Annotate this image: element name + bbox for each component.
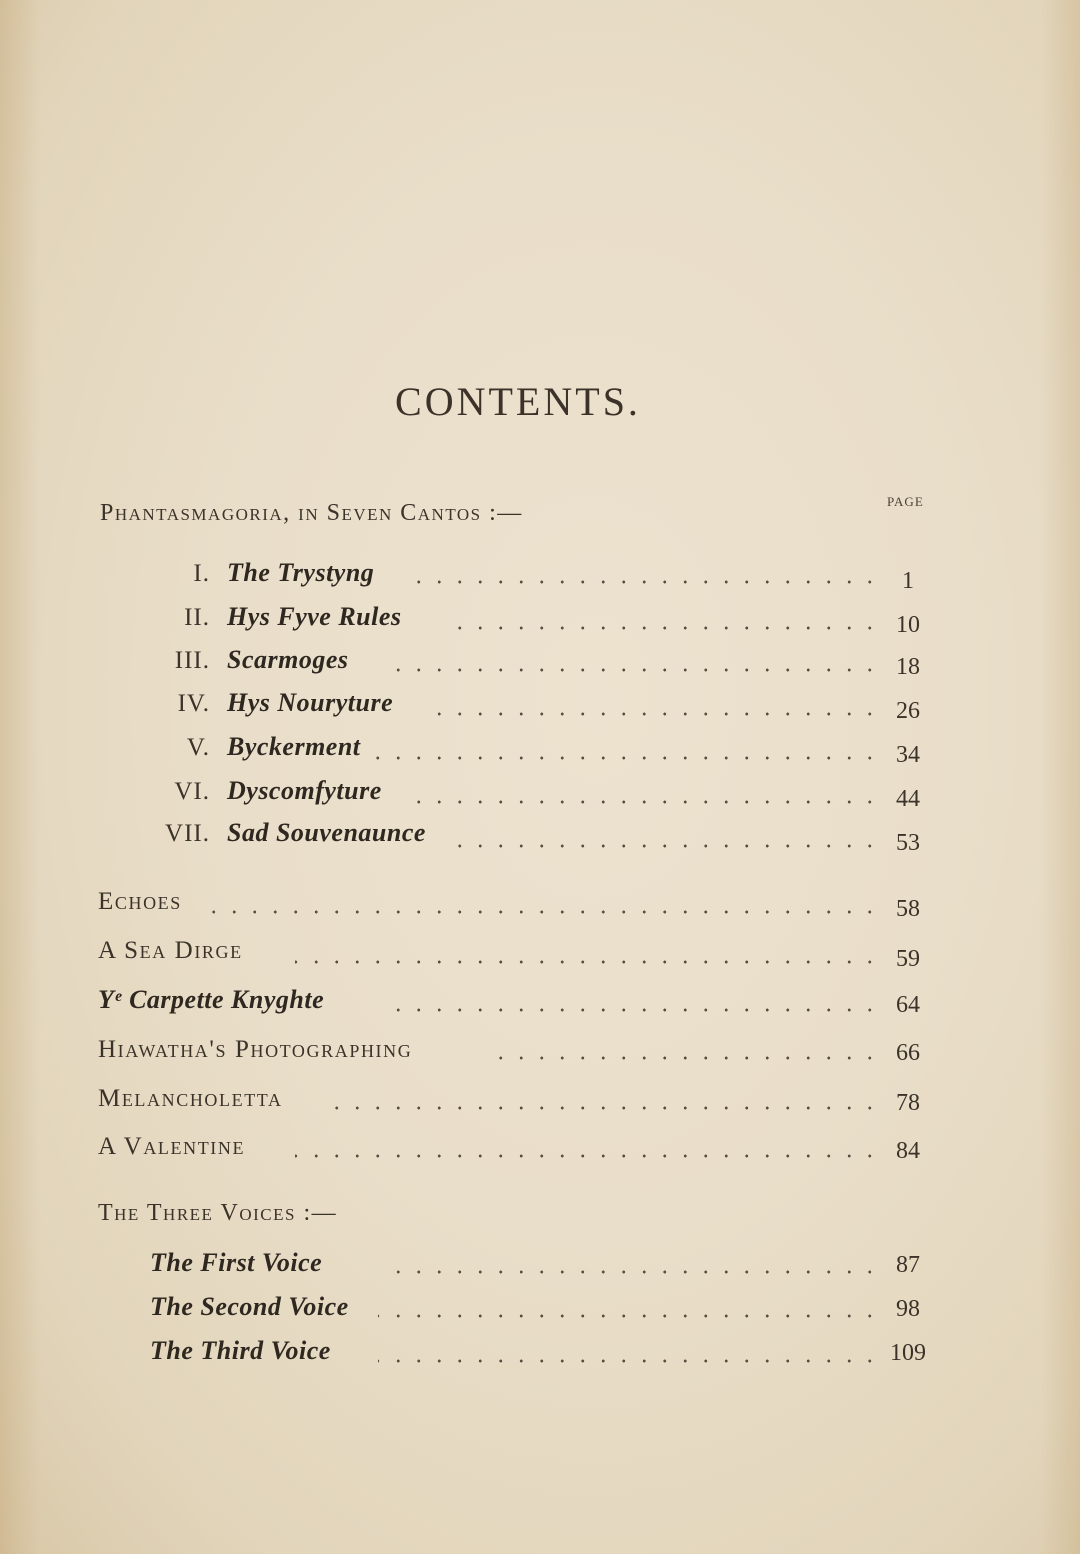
- canto-numeral: VII.: [140, 820, 210, 848]
- dot-leader: [378, 1314, 880, 1318]
- canto-numeral: III.: [140, 647, 210, 675]
- dot-leader: [295, 960, 880, 964]
- dot-leader: [380, 1008, 880, 1012]
- dot-leader: [295, 1154, 880, 1158]
- canto-numeral: V.: [140, 734, 210, 762]
- entry-title: Hys Nouryture: [227, 688, 393, 718]
- entry-title: Echoes: [98, 888, 182, 916]
- page-number: 18: [878, 654, 938, 681]
- canto-numeral: I.: [140, 560, 210, 588]
- dot-leader: [485, 1056, 880, 1060]
- entry-title: Dyscomfyture: [227, 776, 382, 806]
- section-heading-phantasmagoria: Phantasmagoria, in Seven Cantos :—: [100, 500, 523, 527]
- entry-title: A Valentine: [98, 1133, 245, 1161]
- page-title: CONTENTS.: [0, 378, 1036, 425]
- page-number: 53: [878, 830, 938, 857]
- dot-leader: [378, 1359, 880, 1363]
- entry-title: Hys Fyve Rules: [227, 602, 402, 632]
- dot-leader: [210, 910, 880, 914]
- entry-title: Byckerment: [227, 732, 361, 762]
- canto-numeral: VI.: [140, 778, 210, 806]
- dot-leader: [375, 756, 880, 760]
- page-number: 87: [878, 1252, 938, 1279]
- page-number: 84: [878, 1138, 938, 1165]
- entry-title: Hiawatha's Photographing: [98, 1036, 412, 1064]
- entry-title: The First Voice: [150, 1248, 322, 1278]
- page-number: 59: [878, 946, 938, 973]
- entry-title: The Trystyng: [227, 558, 374, 588]
- dot-leader: [405, 800, 880, 804]
- page-column-label: PAGE: [887, 494, 924, 510]
- page-number: 44: [878, 786, 938, 813]
- page-number: 64: [878, 992, 938, 1019]
- canto-numeral: II.: [140, 604, 210, 632]
- dot-leader: [380, 1270, 880, 1274]
- entry-title: Melancholetta: [98, 1085, 283, 1113]
- dot-leader: [320, 1106, 880, 1110]
- dot-leader: [405, 580, 880, 584]
- page-number: 109: [878, 1340, 938, 1367]
- book-page: CONTENTS. PAGE Phantasmagoria, in Seven …: [0, 0, 1080, 1554]
- page-number: 98: [878, 1296, 938, 1323]
- page-number: 34: [878, 742, 938, 769]
- page-number: 66: [878, 1040, 938, 1067]
- dot-leader: [385, 668, 880, 672]
- page-number: 10: [878, 612, 938, 639]
- entry-title: Yᵉ Carpette Knyghte: [98, 985, 324, 1015]
- section-heading-three-voices: The Three Voices :—: [98, 1200, 337, 1227]
- page-number: 78: [878, 1090, 938, 1117]
- dot-leader: [455, 626, 880, 630]
- dot-leader: [425, 712, 880, 716]
- page-number: 1: [878, 568, 938, 595]
- entry-title: The Third Voice: [150, 1336, 331, 1366]
- entry-title: Scarmoges: [227, 645, 349, 675]
- page-number: 58: [878, 896, 938, 923]
- dot-leader: [455, 844, 880, 848]
- canto-numeral: IV.: [140, 690, 210, 718]
- entry-title: Sad Souvenaunce: [227, 818, 426, 848]
- entry-title: A Sea Dirge: [98, 937, 243, 965]
- page-number: 26: [878, 698, 938, 725]
- entry-title: The Second Voice: [150, 1292, 349, 1322]
